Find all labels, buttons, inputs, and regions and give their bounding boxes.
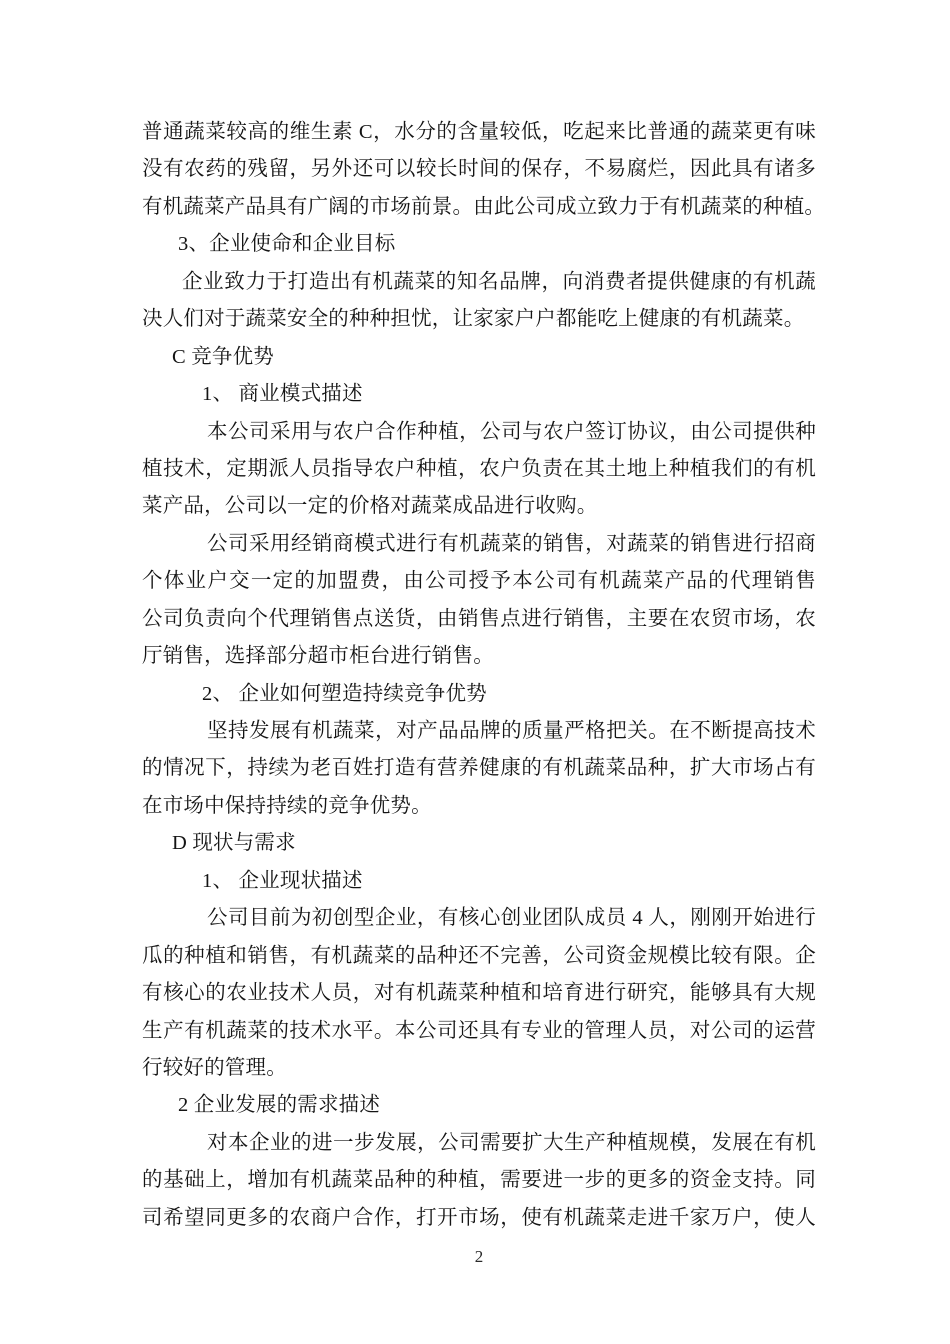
body-text-line: 普通蔬菜较高的维生素 C，水分的含量较低，吃起来比普通的蔬菜更有味道，而且: [142, 114, 816, 151]
body-text-line: 菜产品，公司以一定的价格对蔬菜成品进行收购。: [142, 488, 816, 525]
heading-line: 3、企业使命和企业目标: [142, 226, 816, 263]
body-text-line: 决人们对于蔬菜安全的种种担忧，让家家户户都能吃上健康的有机蔬菜。: [142, 301, 816, 338]
body-text-line: 植技术，定期派人员指导农户种植，农户负责在其土地上种植我们的有机蔬: [142, 451, 816, 488]
body-text-line: 坚持发展有机蔬菜，对产品品牌的质量严格把关。在不断提高技术水平: [142, 713, 816, 750]
body-text-line: 行较好的管理。: [142, 1050, 816, 1087]
page-number: 2: [142, 1246, 816, 1268]
body-text-line: 生产有机蔬菜的技术水平。本公司还具有专业的管理人员，对公司的运营进: [142, 1013, 816, 1050]
body-text-line: 的情况下，持续为老百姓打造有营养健康的有机蔬菜品种，扩大市场占有率，: [142, 750, 816, 787]
document-page: 普通蔬菜较高的维生素 C，水分的含量较低，吃起来比普通的蔬菜更有味道，而且没有农…: [0, 0, 950, 1344]
body-text-line: 公司目前为初创型企业，有核心创业团队成员 4 人，刚刚开始进行有机黄: [142, 900, 816, 937]
body-text-line: 个体业户交一定的加盟费，由公司授予本公司有机蔬菜产品的代理销售权。: [142, 563, 816, 600]
body-text-line: 本公司采用与农户合作种植，公司与农户签订协议，由公司提供种子种: [142, 414, 816, 451]
body-text-line: 公司负责向个代理销售点送货，由销售点进行销售，主要在农贸市场，农贸大: [142, 601, 816, 638]
body-text-line: 厅销售，选择部分超市柜台进行销售。: [142, 638, 816, 675]
body-text-line: 司希望同更多的农商户合作，打开市场，使有机蔬菜走进千家万户，使人人都: [142, 1200, 816, 1237]
body-text-line: 有核心的农业技术人员，对有机蔬菜种植和培育进行研究，能够具有大规模: [142, 975, 816, 1012]
document-body: 普通蔬菜较高的维生素 C，水分的含量较低，吃起来比普通的蔬菜更有味道，而且没有农…: [142, 114, 816, 1237]
body-text-line: 瓜的种植和销售，有机蔬菜的品种还不完善，公司资金规模比较有限。企业具: [142, 938, 816, 975]
body-text-line: 的基础上，增加有机蔬菜品种的种植，需要进一步的更多的资金支持。同时公: [142, 1162, 816, 1199]
heading-line: 2、 企业如何塑造持续竞争优势: [142, 676, 816, 713]
heading-line: 2 企业发展的需求描述: [142, 1087, 816, 1124]
heading-line: 1、 商业模式描述: [142, 376, 816, 413]
body-text-line: 没有农药的残留，另外还可以较长时间的保存，不易腐烂，因此具有诸多优点的: [142, 151, 816, 188]
heading-line: C 竞争优势: [142, 339, 816, 376]
body-text-line: 公司采用经销商模式进行有机蔬菜的销售，对蔬菜的销售进行招商加盟。: [142, 526, 816, 563]
body-text-line: 有机蔬菜产品具有广阔的市场前景。由此公司成立致力于有机蔬菜的种植。: [142, 189, 816, 226]
heading-line: D 现状与需求: [142, 825, 816, 862]
heading-line: 1、 企业现状描述: [142, 863, 816, 900]
body-text-line: 企业致力于打造出有机蔬菜的知名品牌，向消费者提供健康的有机蔬菜。解: [142, 264, 816, 301]
body-text-line: 对本企业的进一步发展，公司需要扩大生产种植规模，发展在有机黄瓜: [142, 1125, 816, 1162]
body-text-line: 在市场中保持持续的竞争优势。: [142, 788, 816, 825]
